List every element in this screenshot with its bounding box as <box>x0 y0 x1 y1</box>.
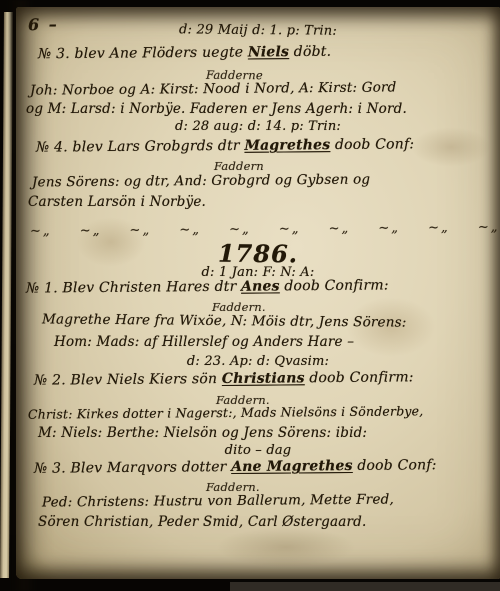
child-name-underlined: Ane Magrethes <box>231 458 353 475</box>
entry-line-no3-1786: № 3. Blev Marqvors dotter Ane Magrethes … <box>34 457 437 477</box>
date-header-23-ap: d: 23. Ap: d: Qvasim: <box>16 354 500 369</box>
scan-bottom-band-right <box>230 582 500 591</box>
date-header-29-maij: d: 29 Maij d: 1. p: Trin: <box>16 21 500 40</box>
child-name-underlined: Niels <box>248 44 289 60</box>
entry-text: döbt. <box>289 44 331 60</box>
witness-line: M: Niels: Berthe: Nielsön og Jens Sörens… <box>38 425 367 441</box>
scanned-book-photo: 6 – d: 29 Maij d: 1. p: Trin: № 3. blev … <box>0 0 500 591</box>
entry-line-no4-1785: № 4. blev Lars Grobgrds dtr Magrethes do… <box>36 136 414 155</box>
entry-text: doob Confirm: <box>305 369 414 386</box>
witness-line: Jens Sörens: og dtr, And: Grobgrd og Gyb… <box>32 172 370 191</box>
entry-text: № 3. blev Ane Flöders uegte <box>38 44 248 62</box>
entry-text: № 1. Blev Christen Hares dtr <box>26 279 241 297</box>
witness-line: Ped: Christens: Hustru von Ballerum, Met… <box>42 491 394 510</box>
entry-text: № 4. blev Lars Grobgrds dtr <box>36 138 245 156</box>
entry-line-no1-1786: № 1. Blev Christen Hares dtr Anes doob C… <box>26 277 389 296</box>
witness-line: Hom: Mads: af Hillerslef og Anders Hare … <box>54 334 354 350</box>
child-name-underlined: Magrethes <box>244 137 330 154</box>
separator-flourish: ~„ ~„ ~„ ~„ ~„ ~„ ~„ ~„ ~„ ~„ <box>30 220 500 239</box>
date-header-28-aug: d: 28 aug: d: 14. p: Trin: <box>16 119 500 134</box>
fadderne-label: Faddern. <box>212 300 266 314</box>
witness-line: Christ: Kirkes dotter i Nagerst:, Mads N… <box>28 403 424 421</box>
witness-line: Carsten Larsön i Norbÿe. <box>28 194 206 210</box>
entry-text: № 3. Blev Marqvors dotter <box>34 459 231 477</box>
handwritten-content: 6 – d: 29 Maij d: 1. p: Trin: № 3. blev … <box>16 7 500 579</box>
entry-text: № 2. Blev Niels Kiers sön <box>34 371 222 389</box>
child-name-underlined: Anes <box>241 278 280 294</box>
entry-line-no3-1785: № 3. blev Ane Flöders uegte Niels döbt. <box>38 44 331 63</box>
fadderne-label: Faddern <box>214 159 264 173</box>
witness-line: og M: Larsd: i Norbÿe. Faderen er Jens A… <box>26 101 407 117</box>
entry-text: doob Conf: <box>353 457 437 474</box>
entry-line-no2-1786: № 2. Blev Niels Kiers sön Christians doo… <box>34 369 414 388</box>
witness-line: Magrethe Hare fra Wixöe, N: Möis dtr, Je… <box>42 311 407 330</box>
entry-text: doob Confirm: <box>280 277 389 294</box>
entry-text: doob Conf: <box>330 136 414 153</box>
witness-line: Sören Christian, Peder Smid, Carl Østerg… <box>38 514 366 530</box>
witness-line: Joh: Norboe og A: Kirst: Nood i Nord, A:… <box>30 79 397 98</box>
date-header-dito-dag: dito – dag <box>16 443 500 458</box>
child-name-underlined: Christians <box>222 370 305 387</box>
